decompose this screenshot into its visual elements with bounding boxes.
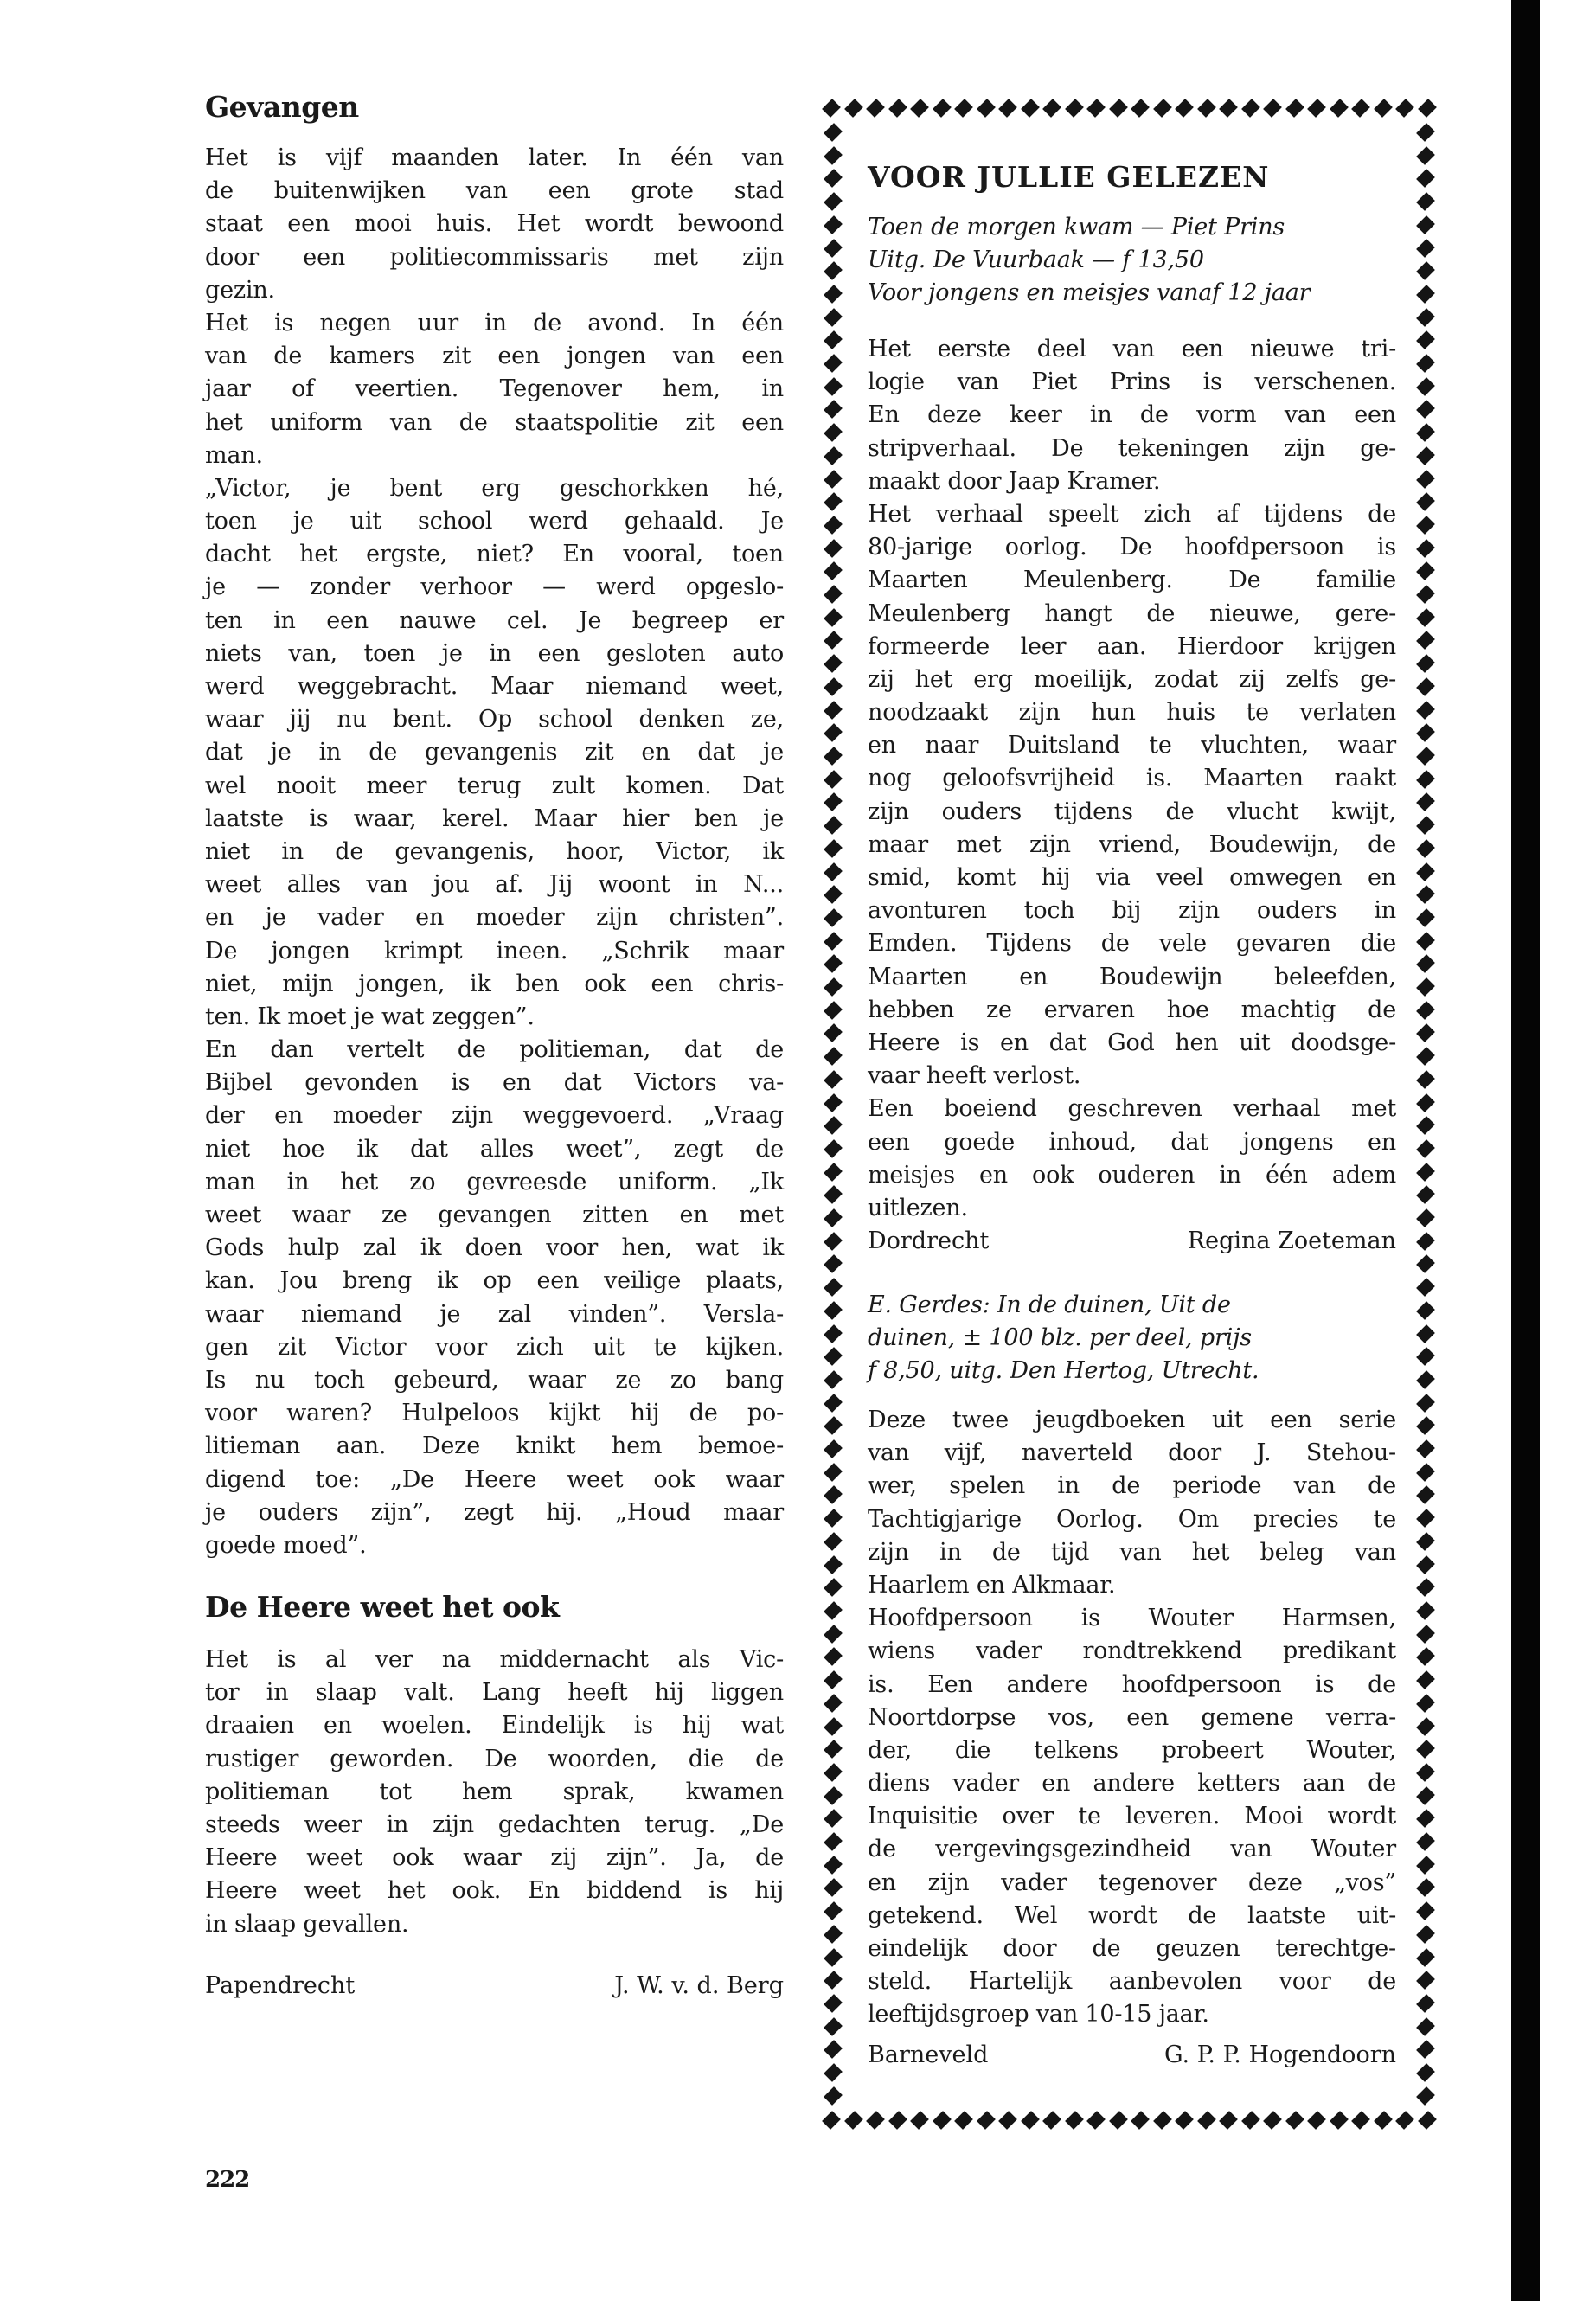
diamond-ornament-icon [1266,99,1280,119]
text-line: zij het erg moeilijk, zodat zij zelfs ge… [868,663,1396,696]
diamond-ornament-icon [1354,99,1368,119]
diamond-ornament-icon [1419,1879,1433,1898]
diamond-ornament-icon [826,424,841,443]
text-line: Een boeiend geschreven verhaal met [868,1093,1396,1125]
text-line: zijn in de tijd van het beleg van [868,1536,1396,1569]
text-line: Het is negen uur in de avond. In één [205,307,784,340]
section-heading: De Heere weet het ook [205,1590,559,1625]
story-section-1: Het is vijf maanden later. In één vande … [205,142,784,1562]
text-line: gezin. [205,274,784,307]
diamond-ornament-icon [1221,2112,1236,2131]
diamond-ornament-icon [826,1995,841,2014]
text-line: De jongen krimpt ineen. „Schrik maar [205,935,784,968]
text-line: de vergevingsgezindheid van Wouter [868,1833,1396,1866]
diamond-ornament-icon [1419,516,1433,535]
text-line: litieman aan. Deze knikt hem bemoe- [205,1430,784,1463]
diamond-ornament-icon [826,1579,841,1598]
diamond-ornament-icon [1221,99,1236,119]
diamond-ornament-icon [891,99,906,119]
text-line: Het is al ver na middernacht als Vic- [205,1644,784,1676]
text-line: waar jij nu bent. Op school denken ze, [205,703,784,736]
diamond-ornament-icon [1398,99,1413,119]
text-line: zijn ouders tijdens de vlucht kwijt, [868,796,1396,829]
diamond-ornament-icon [1419,631,1433,651]
review-2-book-info: E. Gerdes: In de duinen, Uit deduinen, ±… [868,1289,1396,1388]
diamond-ornament-icon [1419,863,1433,882]
text-line: Het eerste deel van een nieuwe tri- [868,333,1396,366]
diamond-ornament-icon [826,1163,841,1183]
diamond-ornament-icon [1419,1279,1433,1298]
diamond-ornament-icon [935,2112,950,2131]
text-line: en je vader en moeder zijn christen”. [205,901,784,934]
text-line: laatste is waar, kerel. Maar hier ben je [205,803,784,836]
diamond-ornament-icon [1419,1024,1433,1043]
diamond-ornament-icon [1419,1949,1433,1968]
diamond-ornament-icon [1419,471,1433,490]
diamond-ornament-icon [1001,99,1016,119]
text-line: Maarten Meulenberg. De familie [868,564,1396,597]
text-line: waar niemand je zal vinden”. Versla- [205,1298,784,1331]
text-line: diens vader en andere ketters aan de [868,1767,1396,1800]
text-line: niet, mijn jongen, ik ben ook een chris- [205,968,784,1001]
text-line: der, die telkens probeert Wouter, [868,1734,1396,1767]
diamond-ornament-icon [1419,1186,1433,1205]
text-line: in slaap gevallen. [205,1908,784,1941]
diamond-ornament-icon [826,516,841,535]
diamond-ornament-icon [1419,1002,1433,1021]
diamond-ornament-icon [826,678,841,697]
diamond-ornament-icon [1177,99,1192,119]
diamond-ornament-icon [826,955,841,974]
diamond-ornament-icon [1244,99,1259,119]
text-line: wiens vader rondtrekkend predikant [868,1635,1396,1668]
text-line: man. [205,439,784,472]
diamond-ornament-icon [826,724,841,743]
diamond-ornament-icon [1419,655,1433,674]
diamond-ornament-icon [1419,262,1433,281]
text-line: voor waren? Hulpeloos kijkt hij de po- [205,1397,784,1430]
diamond-ornament-icon [1419,1856,1433,1875]
text-line: is. Een andere hoofdpersoon is de [868,1669,1396,1702]
diamond-ornament-icon [826,1440,841,1459]
diamond-ornament-icon [826,1394,841,1413]
diamond-ornament-icon [1419,1163,1433,1183]
diamond-ornament-icon [1419,562,1433,581]
diamond-ornament-icon [1023,2112,1038,2131]
diamond-ornament-icon [1419,1625,1433,1644]
text-line: Gods hulp zal ik doen voor hen, wat ik [205,1232,784,1265]
diamond-ornament-icon [1419,909,1433,928]
diamond-ornament-icon [826,747,841,766]
text-line: goede moed”. [205,1529,784,1562]
diamond-ornament-icon [826,1071,841,1090]
text-line: het uniform van de staatspolitie zit een [205,407,784,439]
diamond-ornament-icon [826,1602,841,1621]
diamond-ornament-icon [826,609,841,628]
diamond-ornament-icon [826,2064,841,2083]
diamond-ornament-icon [1001,2112,1016,2131]
diamond-ornament-icon [826,1926,841,1945]
text-line: de buitenwijken van een grote stad [205,175,784,208]
text-line: je — zonder verhoor — werd opgeslo- [205,571,784,604]
text-line: van vijf, naverteld door J. Stehou- [868,1437,1396,1470]
diamond-ornament-icon [1419,978,1433,997]
text-line: Heere weet het ook. En biddend is hij [205,1875,784,1907]
signature-place: Dordrecht [868,1225,989,1258]
diamond-ornament-icon [826,1556,841,1575]
diamond-ornament-icon [826,1325,841,1344]
story-section-2: Het is al ver na middernacht als Vic-tor… [205,1644,784,1941]
diamond-ornament-icon [1419,1140,1433,1159]
diamond-ornament-icon [1266,2112,1280,2131]
diamond-ornament-icon [826,840,841,859]
diamond-ornament-icon [1419,1255,1433,1274]
text-line: Haarlem en Alkmaar. [868,1569,1396,1602]
diamond-ornament-icon [1310,2112,1324,2131]
diamond-ornament-icon [1244,2112,1259,2131]
diamond-ornament-icon [1089,2112,1104,2131]
text-line: uitlezen. [868,1192,1396,1225]
diamond-ornament-icon [826,1464,841,1483]
diamond-ornament-icon [826,309,841,328]
diamond-ornament-icon [826,1094,841,1113]
diamond-ornament-icon [1419,401,1433,420]
diamond-ornament-icon [826,285,841,304]
text-line: rustiger geworden. De woorden, die de [205,1743,784,1776]
text-line: logie van Piet Prins is verschenen. [868,366,1396,399]
text-line: dat je in de gevangenis zit en dat je [205,736,784,769]
diamond-ornament-icon [826,817,841,836]
diamond-ornament-icon [826,1718,841,1737]
diamond-ornament-icon [826,562,841,581]
diamond-ornament-icon [1419,2064,1433,2083]
diamond-ornament-icon [826,978,841,997]
diamond-ornament-icon [1133,99,1148,119]
text-line: tor in slaap valt. Lang heeft hij liggen [205,1676,784,1709]
diamond-ornament-icon [1200,2112,1215,2131]
text-line: Uitg. De Vuurbaak — f 13,50 [868,244,1396,277]
diamond-ornament-icon [826,1509,841,1529]
diamond-ornament-icon [1419,424,1433,443]
diamond-ornament-icon [826,655,841,674]
text-line: weet waar ze gevangen zitten en met [205,1199,784,1232]
text-line: noodzaakt zijn hun huis te verlaten [868,696,1396,729]
diamond-ornament-icon [826,1764,841,1783]
text-line: Emden. Tijdens de vele gevaren die [868,927,1396,960]
diamond-ornament-icon [1419,1117,1433,1136]
diamond-ornament-icon [1419,1071,1433,1090]
diamond-ornament-icon [1419,2087,1433,2106]
diamond-ornament-icon [957,99,971,119]
text-line: en zijn vader tegenover deze „vos” [868,1867,1396,1900]
text-line: Het verhaal speelt zich af tijdens de [868,498,1396,531]
diamond-ornament-icon [1419,1833,1433,1852]
text-line: je ouders zijn”, zegt hij. „Houd maar [205,1497,784,1529]
text-line: Tachtigjarige Oorlog. Om precies te [868,1503,1396,1536]
diamond-ornament-icon [1419,955,1433,974]
diamond-ornament-icon [1419,1440,1433,1459]
text-line: getekend. Wel wordt de laatste uit- [868,1900,1396,1932]
text-line: door een politiecommissaris met zijn [205,241,784,274]
diamond-ornament-icon [826,886,841,905]
text-line: avonturen toch bij zijn ouders in [868,894,1396,927]
diamond-ornament-icon [824,2112,839,2131]
diamond-ornament-icon [1089,99,1104,119]
diamond-ornament-icon [826,147,841,166]
diamond-ornament-icon [1419,2018,1433,2037]
review-1-body: Het eerste deel van een nieuwe tri-logie… [868,333,1396,1225]
page-number: 222 [205,2167,249,2193]
diamond-ornament-icon [826,1024,841,1043]
text-line: Heere weet ook waar zij zijn”. Ja, de [205,1842,784,1875]
text-line: ten. Ik moet je wat zeggen”. [205,1001,784,1034]
diamond-ornament-icon [1419,1348,1433,1367]
diamond-ornament-icon [1419,309,1433,328]
diamond-ornament-icon [1112,99,1126,119]
text-line: Inquisitie over te leveren. Mooi wordt [868,1800,1396,1833]
text-line: jaar of veertien. Tegenover hem, in [205,373,784,406]
text-line: hebben ze ervaren hoe machtig de [868,994,1396,1027]
diamond-ornament-icon [1419,724,1433,743]
diamond-ornament-icon [979,99,994,119]
diamond-ornament-icon [1332,99,1347,119]
diamond-ornament-icon [826,1833,841,1852]
text-line: een goede inhoud, dat jongens en [868,1126,1396,1159]
diamond-ornament-icon [826,771,841,790]
diamond-ornament-icon [1310,99,1324,119]
diamond-ornament-icon [826,216,841,235]
signature-author: J. W. v. d. Berg [614,1970,784,2003]
diamond-ornament-icon [826,1002,841,1021]
diamond-ornament-icon [826,1856,841,1875]
text-line: En deze keer in de vorm van een [868,399,1396,432]
diamond-ornament-icon [1419,1417,1433,1436]
diamond-ornament-icon [1419,1695,1433,1714]
text-line: stripverhaal. De tekeningen zijn ge- [868,433,1396,465]
diamond-ornament-icon [1419,1233,1433,1252]
text-line: f 8,50, uitg. Den Hertog, Utrecht. [868,1355,1396,1388]
diamond-ornament-icon [826,793,841,812]
text-line: van de kamers zit een jongen van een [205,340,784,373]
diamond-ornament-icon [1419,1740,1433,1759]
diamond-ornament-icon [826,586,841,605]
diamond-ornament-icon [1419,678,1433,697]
diamond-ornament-icon [1376,99,1391,119]
diamond-ornament-icon [826,1810,841,1829]
diamond-ornament-icon [826,1787,841,1806]
text-line: formeerde leer aan. Hierdoor krijgen [868,631,1396,663]
text-line: steeds weer in zijn gedachten terug. „De [205,1809,784,1842]
signature-place: Papendrecht [205,1970,355,2003]
diamond-ornament-icon [1419,1602,1433,1621]
diamond-ornament-icon [826,1648,841,1667]
text-line: dacht het ergste, niet? En vooral, toen [205,538,784,571]
diamond-ornament-icon [826,124,841,143]
diamond-ornament-icon [1419,1648,1433,1667]
diamond-ornament-icon [1354,2112,1368,2131]
diamond-ornament-icon [1419,817,1433,836]
diamond-ornament-icon [1419,1556,1433,1575]
diamond-ornament-icon [826,1279,841,1298]
diamond-ornament-icon [826,193,841,212]
diamond-ornament-icon [826,1348,841,1367]
diamond-ornament-icon [1419,840,1433,859]
diamond-ornament-icon [1419,1325,1433,1344]
diamond-ornament-icon [826,1533,841,1552]
text-line: „Victor, je bent erg geschorkken hé, [205,472,784,505]
diamond-ornament-icon [826,702,841,721]
review-1-book-info: Toen de morgen kwam — Piet PrinsUitg. De… [868,211,1396,311]
diamond-ornament-icon [1023,99,1038,119]
text-line: leeftijdsgroep van 10-15 jaar. [868,1998,1396,2031]
diamond-ornament-icon [1419,1094,1433,1113]
diamond-ornament-icon [826,331,841,350]
text-line: Maarten en Boudewijn beleefden, [868,961,1396,994]
diamond-ornament-icon [826,1140,841,1159]
diamond-ornament-icon [826,1971,841,1990]
text-line: politieman tot hem sprak, kwamen [205,1776,784,1809]
diamond-ornament-icon [826,493,841,512]
text-line: en naar Duitsland te vluchten, waar [868,729,1396,762]
diamond-ornament-icon [1398,2112,1413,2131]
diamond-ornament-icon [979,2112,994,2131]
review-box-heading: VOOR JULLIE GELEZEN [868,160,1269,195]
story-signature: Papendrecht J. W. v. d. Berg [205,1970,784,2003]
text-line: Voor jongens en meisjes vanaf 12 jaar [868,277,1396,310]
diamond-ornament-icon [1419,933,1433,952]
diamond-ornament-icon [1156,2112,1170,2131]
diamond-ornament-icon [935,99,950,119]
diamond-ornament-icon [1419,331,1433,350]
diamond-ornament-icon [1419,1718,1433,1737]
diamond-ornament-icon [1420,2112,1435,2131]
signature-place: Barneveld [868,2039,988,2072]
diamond-ornament-icon [1419,2041,1433,2060]
diamond-ornament-icon [826,1740,841,1759]
text-line: wer, spelen in de periode van de [868,1470,1396,1503]
diamond-ornament-icon [824,99,839,119]
diamond-ornament-icon [826,1417,841,1436]
diamond-ornament-icon [1419,1509,1433,1529]
diamond-ornament-icon [1419,1048,1433,1067]
diamond-ornament-icon [869,2112,883,2131]
diamond-ornament-icon [1112,2112,1126,2131]
diamond-ornament-icon [826,933,841,952]
diamond-ornament-icon [1419,793,1433,812]
diamond-ornament-icon [1419,1209,1433,1228]
diamond-ornament-icon [826,631,841,651]
text-line: weet alles van jou af. Jij woont in N... [205,868,784,901]
text-line: Is nu toch gebeurd, waar ze zo bang [205,1364,784,1397]
diamond-ornament-icon [826,401,841,420]
diamond-ornament-icon [826,1902,841,1921]
diamond-ornament-icon [1419,147,1433,166]
text-line: ten in een nauwe cel. Je begreep er [205,605,784,638]
text-line: Hoofdpersoon is Wouter Harmsen, [868,1602,1396,1635]
review-2-signature: Barneveld G. P. P. Hogendoorn [868,2039,1396,2072]
diamond-ornament-icon [847,99,862,119]
diamond-ornament-icon [1419,447,1433,466]
diamond-ornament-icon [1067,99,1082,119]
diamond-ornament-icon [1419,1995,1433,2014]
diamond-ornament-icon [826,1486,841,1505]
diamond-ornament-icon [1419,285,1433,304]
text-line: Toen de morgen kwam — Piet Prins [868,211,1396,244]
diamond-ornament-icon [826,471,841,490]
diamond-ornament-icon [826,1209,841,1228]
diamond-ornament-icon [1419,1579,1433,1598]
diamond-ornament-icon [826,262,841,281]
signature-author: G. P. P. Hogendoorn [1164,2039,1396,2072]
text-line: eindelijk door de geuzen terechtge- [868,1932,1396,1965]
diamond-ornament-icon [1288,99,1303,119]
text-line: Bijbel gevonden is en dat Victors va- [205,1067,784,1099]
text-line: man in het zo gevreesde uniform. „Ik [205,1166,784,1199]
diamond-ornament-icon [826,355,841,374]
text-line: Het is vijf maanden later. In één van [205,142,784,175]
diamond-ornament-icon [826,909,841,928]
diamond-ornament-icon [1419,355,1433,374]
diamond-ornament-icon [826,863,841,882]
diamond-ornament-icon [826,170,841,189]
diamond-ornament-icon [1419,1671,1433,1690]
diamond-ornament-icon [1419,1787,1433,1806]
diamond-ornament-icon [1420,99,1435,119]
diamond-ornament-icon [1419,1971,1433,1990]
text-line: wel nooit meer terug zult komen. Dat [205,770,784,803]
diamond-ornament-icon [826,1371,841,1390]
diamond-ornament-icon [826,1233,841,1252]
diamond-ornament-icon [826,2018,841,2037]
diamond-ornament-icon [869,99,883,119]
text-line: der en moeder zijn weggevoerd. „Vraag [205,1099,784,1132]
text-line: staat een mooi huis. Het wordt bewoond [205,208,784,240]
diamond-ornament-icon [826,1255,841,1274]
diamond-ornament-icon [913,2112,927,2131]
signature-author: Regina Zoeteman [1188,1225,1396,1258]
text-line: steld. Hartelijk aanbevolen voor de [868,1965,1396,1998]
diamond-ornament-icon [1419,193,1433,212]
diamond-ornament-icon [1419,1902,1433,1921]
text-line: werd weggebracht. Maar niemand weet, [205,670,784,703]
text-line: gen zit Victor voor zich uit te kijken. [205,1331,784,1364]
diamond-ornament-icon [1419,240,1433,259]
diamond-ornament-icon [1045,2112,1060,2131]
diamond-ornament-icon [1376,2112,1391,2131]
diamond-ornament-icon [957,2112,971,2131]
border-bottom [824,2112,1435,2131]
diamond-ornament-icon [1419,1302,1433,1321]
diamond-ornament-icon [1419,886,1433,905]
diamond-ornament-icon [891,2112,906,2131]
diamond-ornament-icon [826,378,841,397]
diamond-ornament-icon [1419,609,1433,628]
review-1-signature: Dordrecht Regina Zoeteman [868,1225,1396,1258]
text-line: niets van, toen je in een gesloten auto [205,638,784,670]
page-edge-bar [1511,0,1540,2301]
review-2-body: Deze twee jeugdboeken uit een serievan v… [868,1404,1396,2032]
diamond-ornament-icon [1045,99,1060,119]
diamond-ornament-icon [1419,493,1433,512]
text-line: E. Gerdes: In de duinen, Uit de [868,1289,1396,1322]
text-line: Noortdorpse vos, een gemene verra- [868,1702,1396,1734]
diamond-ornament-icon [847,2112,862,2131]
text-line: niet hoe ik dat alles weet”, zegt de [205,1133,784,1166]
diamond-ornament-icon [1419,1764,1433,1783]
diamond-ornament-icon [1288,2112,1303,2131]
diamond-ornament-icon [1419,540,1433,559]
text-line: digend toe: „De Heere weet ook waar [205,1464,784,1497]
